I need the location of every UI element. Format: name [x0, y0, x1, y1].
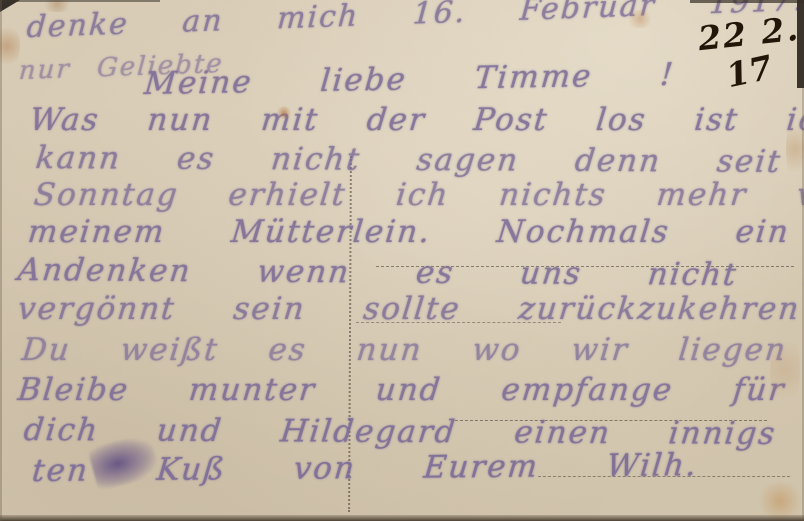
card-edge-top — [0, 0, 160, 2]
stain-spot — [626, 10, 654, 28]
handwriting-line-4: Was nun mit der Post los ist ich — [28, 102, 804, 138]
stain-spot — [0, 22, 20, 70]
stain-spot — [276, 106, 292, 119]
handwriting-line-5: kann es nicht sagen denn seit — [34, 140, 784, 180]
card-edge-left — [0, 0, 2, 521]
handwriting-line-10: Du weißt es nun wo wir liegen — [20, 332, 789, 368]
handwriting-line-11: Bleibe munter und empfange für — [16, 372, 787, 408]
card-edge-top-right-side — [797, 0, 804, 88]
stain-spot — [770, 330, 800, 410]
handwriting-line-1: denke an mich 16. Februar 1917. — [26, 0, 804, 45]
ink-date-note: 22 2. 17 — [698, 14, 800, 88]
handwriting-line-6: Sonntag erhielt ich nichts mehr von — [32, 177, 804, 213]
card-edge-top-right — [690, 0, 804, 3]
card-edge-bottom — [0, 515, 804, 521]
handwriting-line-9: vergönnt sein sollte zurückzukehren — [16, 291, 802, 327]
handwriting-line-8: Andenken wenn es uns nicht mehr — [16, 252, 804, 294]
postcard-back: denke an mich 16. Februar 1917. nur Geli… — [0, 0, 804, 521]
handwriting-line-7: meinem Mütterlein. Nochmals ein — [26, 214, 792, 250]
